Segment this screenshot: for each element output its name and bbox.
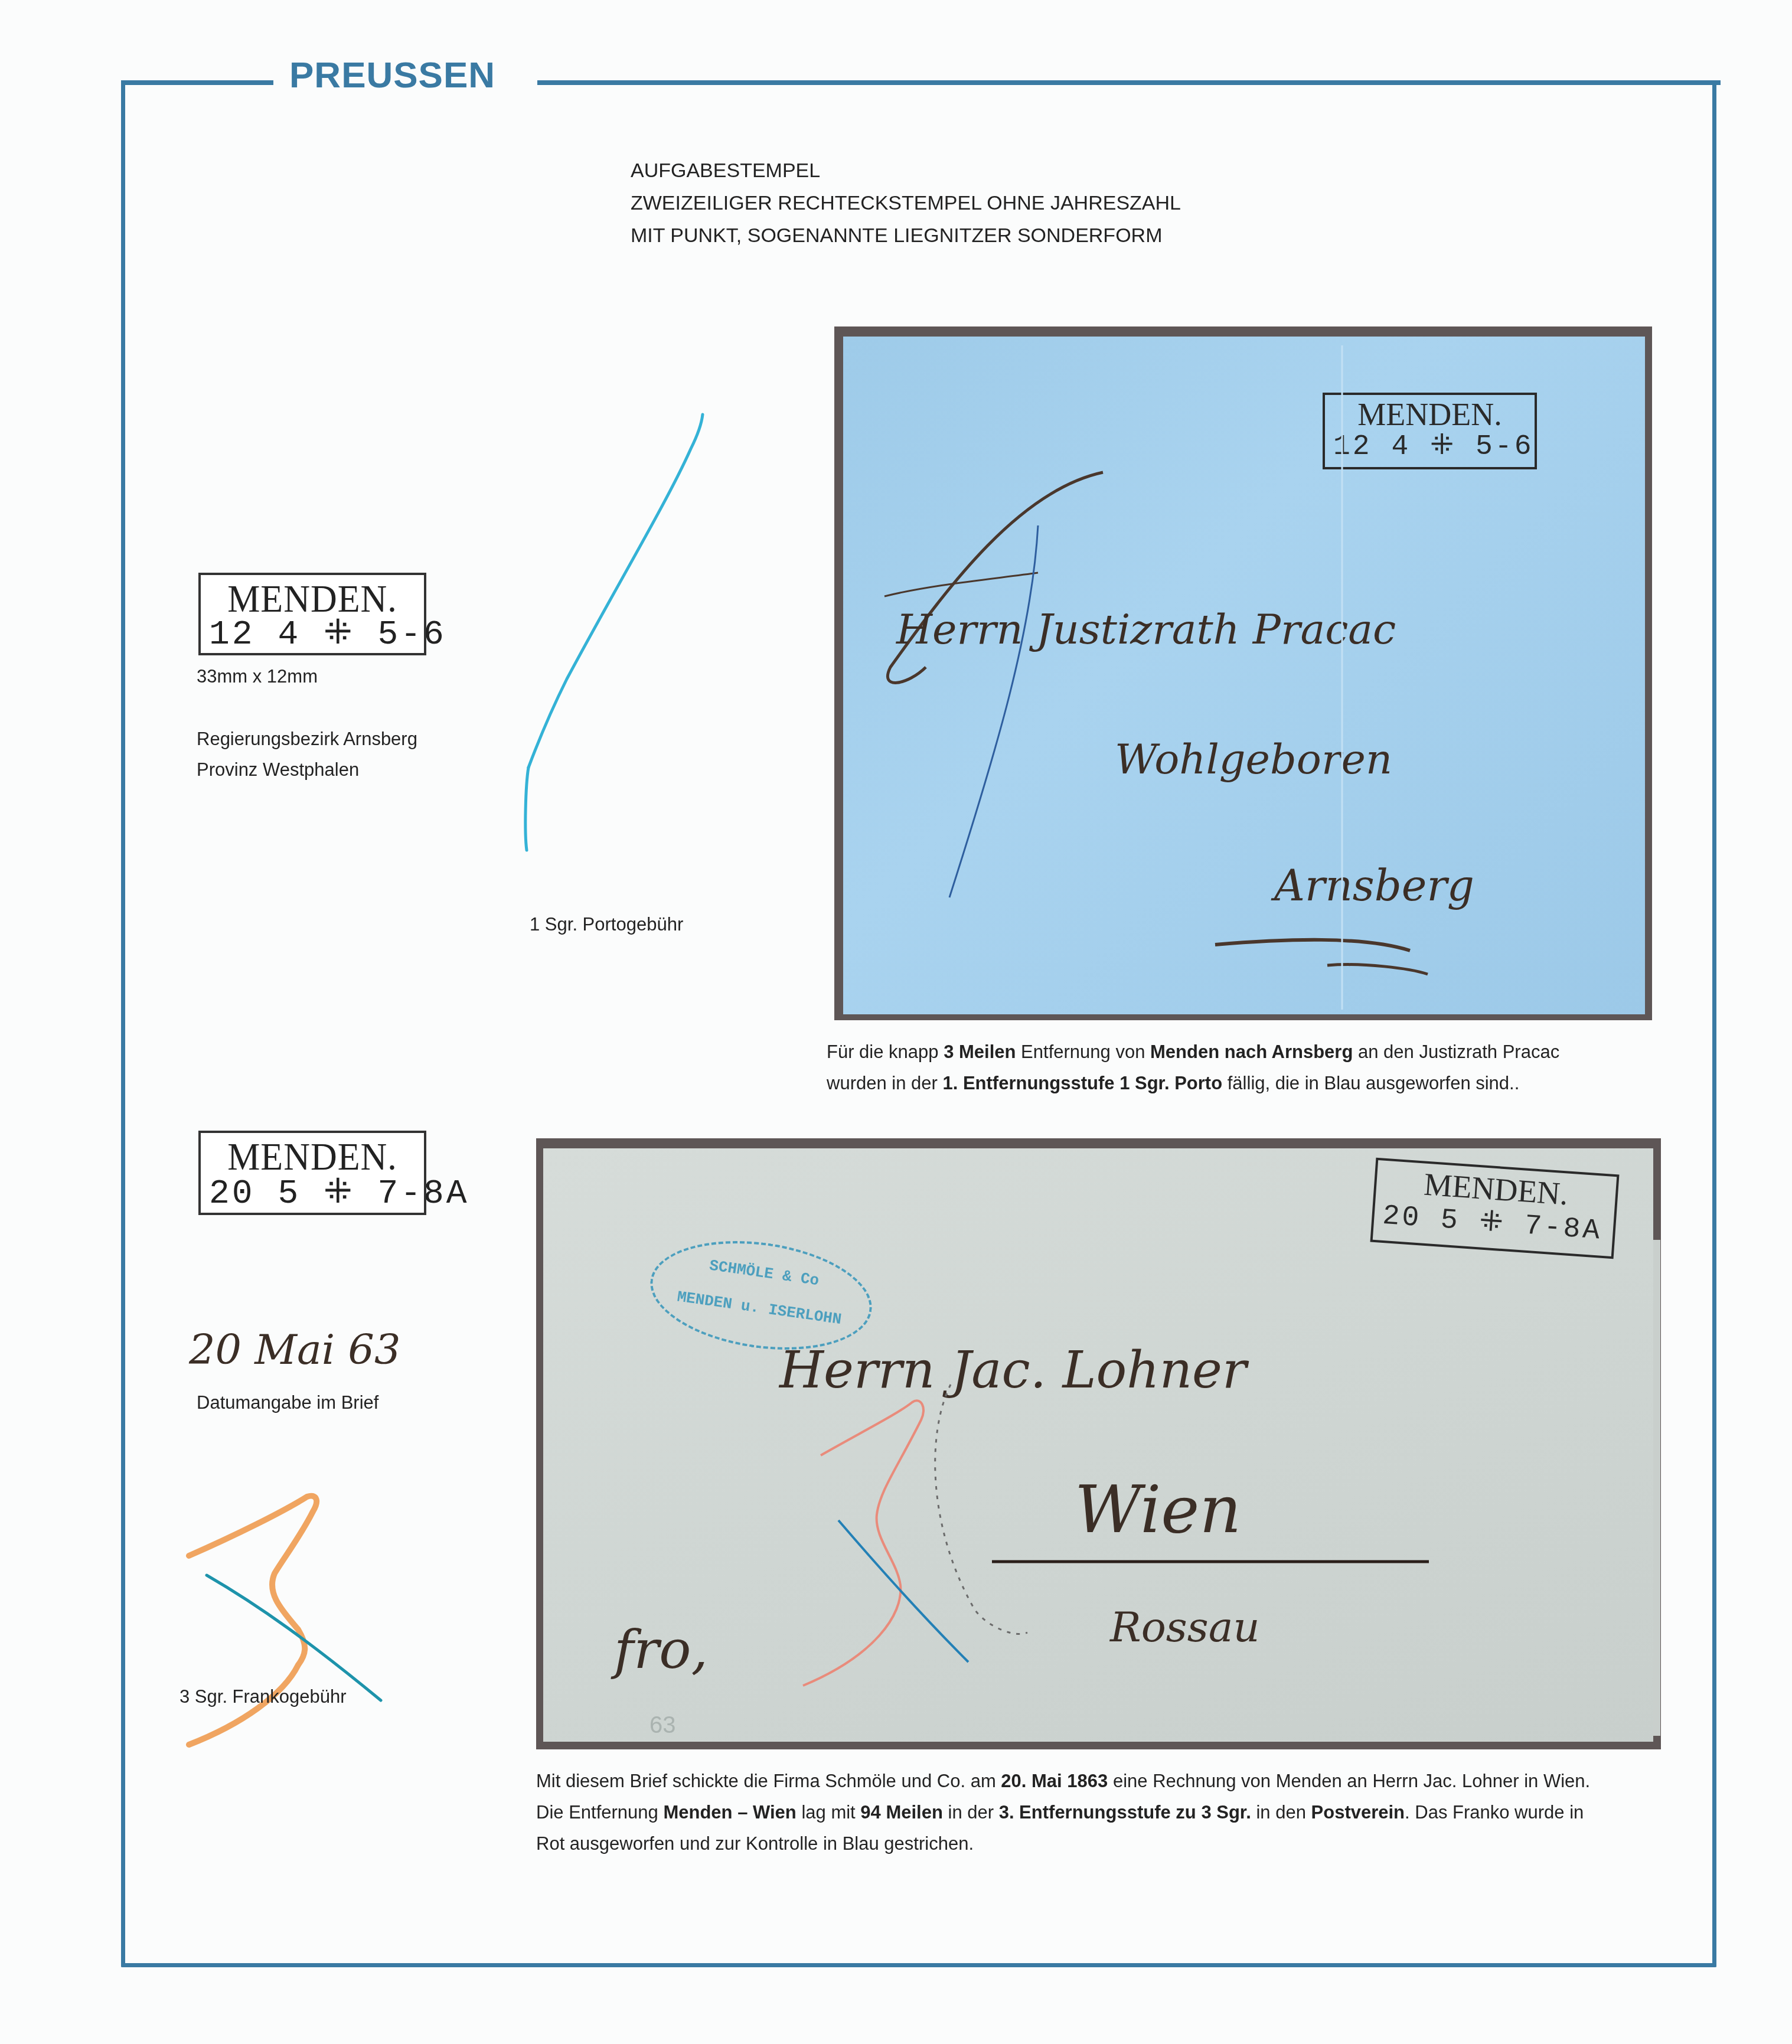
- caption-text: Mit diesem Brief schickte die Firma Schm…: [536, 1771, 1001, 1791]
- address-line: Wien: [1075, 1472, 1241, 1547]
- caption-line: wurden in der 1. Entfernungsstufe 1 Sgr.…: [827, 1067, 1559, 1099]
- handwritten-date: 20 Mai 63: [188, 1325, 400, 1374]
- caption-lines: Mit diesem Brief schickte die Firma Schm…: [536, 1765, 1590, 1859]
- caption-text: . Das Franko wurde in: [1405, 1802, 1584, 1823]
- caption-line: Rot ausgeworfen und zur Kontrolle in Bla…: [536, 1828, 1590, 1859]
- caption-emphasis: Postverein: [1311, 1802, 1405, 1823]
- porto-marking-note: 1 Sgr. Portogebühr: [530, 909, 683, 940]
- handwritten-date-illustration: 20 Mai 63: [177, 1317, 461, 1387]
- caption-emphasis: Menden nach Arnsberg: [1150, 1041, 1353, 1062]
- blue-envelope-handwriting: Herrn Justizrath Pracac Wohlgeboren Arns…: [843, 337, 1645, 1014]
- caption-emphasis: 3 Meilen: [944, 1041, 1016, 1062]
- franco-stroke-illustration: [165, 1476, 437, 1759]
- caption-text: in den: [1251, 1802, 1311, 1823]
- caption-lines: Für die knapp 3 Meilen Entfernung von Me…: [827, 1036, 1559, 1099]
- address-line: Rossau: [1109, 1603, 1260, 1651]
- franco-marking-note: 3 Sgr. Frankogebühr: [179, 1681, 347, 1712]
- address-line: Arnsberg: [1271, 861, 1474, 910]
- caption-text: fällig, die in Blau ausgeworfen sind..: [1222, 1073, 1519, 1093]
- address-line: Herrn Justizrath Pracac: [895, 605, 1396, 654]
- caption-text: eine Rechnung von Menden an Herrn Jac. L…: [1108, 1771, 1590, 1791]
- caption-emphasis: Menden – Wien: [663, 1802, 796, 1823]
- caption-emphasis: 3. Entfernungsstufe zu 3 Sgr.: [999, 1802, 1251, 1823]
- date-note: Datumangabe im Brief: [197, 1387, 378, 1418]
- caption-line: Für die knapp 3 Meilen Entfernung von Me…: [827, 1036, 1559, 1067]
- caption-emphasis: 94 Meilen: [860, 1802, 943, 1823]
- franco-mark: fro,: [611, 1619, 708, 1681]
- caption-letter-1: Für die knapp 3 Meilen Entfernung von Me…: [827, 1036, 1559, 1099]
- caption-emphasis: 1. Entfernungsstufe 1 Sgr. Porto: [942, 1073, 1222, 1093]
- pencil-note: 63: [649, 1712, 676, 1738]
- stamp-date: 20 5 ⁜ 7-8A: [209, 1171, 424, 1213]
- caption-text: Für die knapp: [827, 1041, 944, 1062]
- caption-text: lag mit: [797, 1802, 861, 1823]
- caption-text: an den Justizrath Pracac: [1353, 1041, 1559, 1062]
- address-line: Wohlgeboren: [1115, 735, 1392, 783]
- caption-letter-2: Mit diesem Brief schickte die Firma Schm…: [536, 1765, 1590, 1859]
- grey-envelope-handwriting: Herrn Jac. Lohner Wien Rossau fro, 63: [543, 1148, 1653, 1742]
- address-line: Herrn Jac. Lohner: [778, 1341, 1249, 1400]
- caption-line: Die Entfernung Menden – Wien lag mit 94 …: [536, 1797, 1590, 1828]
- caption-text: Rot ausgeworfen und zur Kontrolle in Bla…: [536, 1833, 974, 1854]
- caption-emphasis: 20. Mai 1863: [1001, 1771, 1108, 1791]
- caption-text: Die Entfernung: [536, 1802, 663, 1823]
- caption-text: in der: [943, 1802, 999, 1823]
- caption-line: Mit diesem Brief schickte die Firma Schm…: [536, 1765, 1590, 1797]
- caption-text: Entfernung von: [1016, 1041, 1151, 1062]
- stamp-illustration-menden-20-5: MENDEN. 20 5 ⁜ 7-8A: [198, 1131, 426, 1215]
- caption-text: wurden in der: [827, 1073, 942, 1093]
